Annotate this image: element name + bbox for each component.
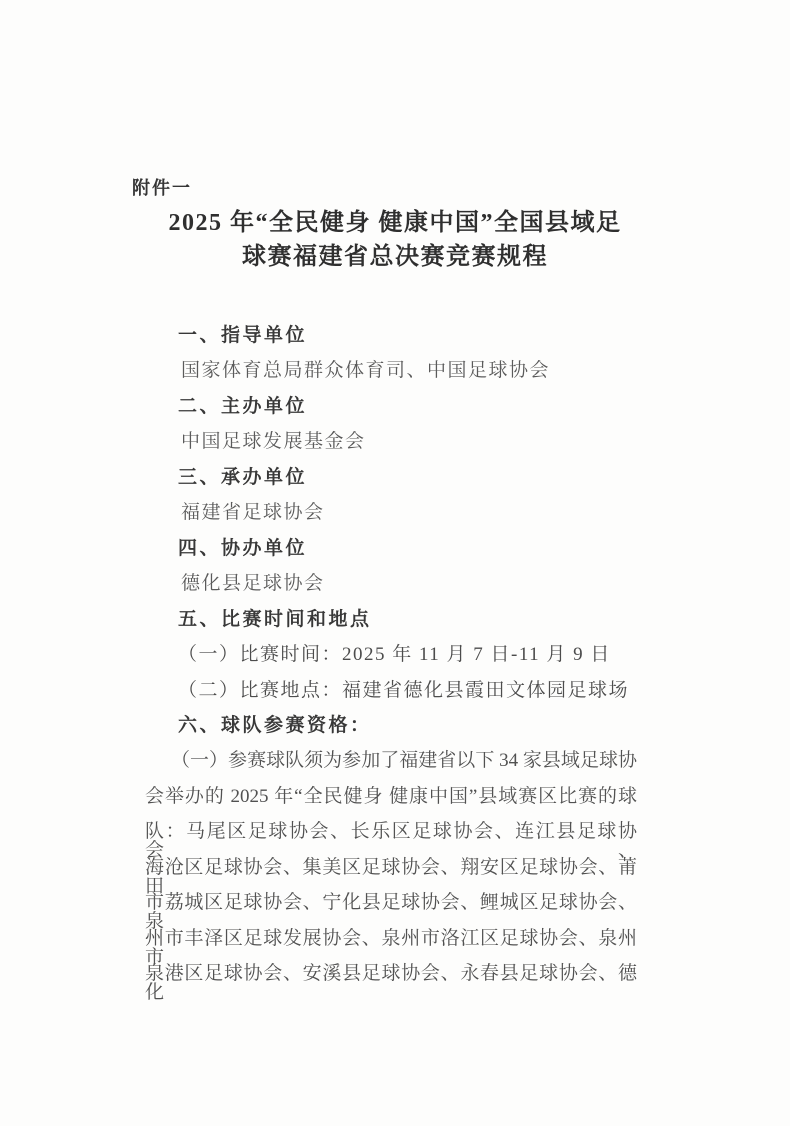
section-1-body: 国家体育总局群众体育司、中国足球协会 — [181, 361, 550, 380]
paragraph-line: （一）参赛球队须为参加了福建省以下 34 家县域足球协 — [145, 751, 637, 770]
paragraph-line: 泉港区足球协会、安溪县足球协会、永春县足球协会、德化 — [145, 964, 637, 1002]
document-page: 附件一 2025 年“全民健身 健康中国”全国县域足 球赛福建省总决赛竞赛规程 … — [0, 0, 790, 1126]
paragraph-line: 州市丰泽区足球发展协会、泉州市洛江区足球协会、泉州市 — [145, 929, 637, 967]
section-6-heading: 六、球队参赛资格： — [178, 716, 372, 735]
section-2-heading: 二、主办单位 — [178, 397, 307, 416]
paragraph-line: 海沧区足球协会、集美区足球协会、翔安区足球协会、莆田 — [145, 858, 637, 896]
document-title-line-1: 2025 年“全民健身 健康中国”全国县域足 — [0, 211, 790, 235]
match-venue-line: （二）比赛地点：福建省德化县霞田文体园足球场 — [178, 681, 629, 700]
section-5-heading: 五、比赛时间和地点 — [178, 610, 372, 629]
match-time-line: （一）比赛时间：2025 年 11 月 7 日-11 月 9 日 — [178, 645, 611, 664]
section-4-heading: 四、协办单位 — [178, 539, 307, 558]
document-title-line-2: 球赛福建省总决赛竞赛规程 — [0, 245, 790, 269]
section-3-heading: 三、承办单位 — [178, 468, 307, 487]
section-3-body: 福建省足球协会 — [181, 503, 325, 522]
section-4-body: 德化县足球协会 — [181, 574, 325, 593]
section-2-body: 中国足球发展基金会 — [181, 432, 366, 451]
paragraph-line: 市荔城区足球协会、宁化县足球协会、鲤城区足球协会、泉 — [145, 893, 637, 931]
attachment-label: 附件一 — [132, 179, 192, 197]
section-1-heading: 一、指导单位 — [178, 326, 307, 345]
paragraph-line: 会举办的 2025 年“全民健身 健康中国”县域赛区比赛的球 — [145, 787, 637, 806]
paragraph-line: 队：马尾区足球协会、长乐区足球协会、连江县足球协会、 — [145, 822, 637, 860]
